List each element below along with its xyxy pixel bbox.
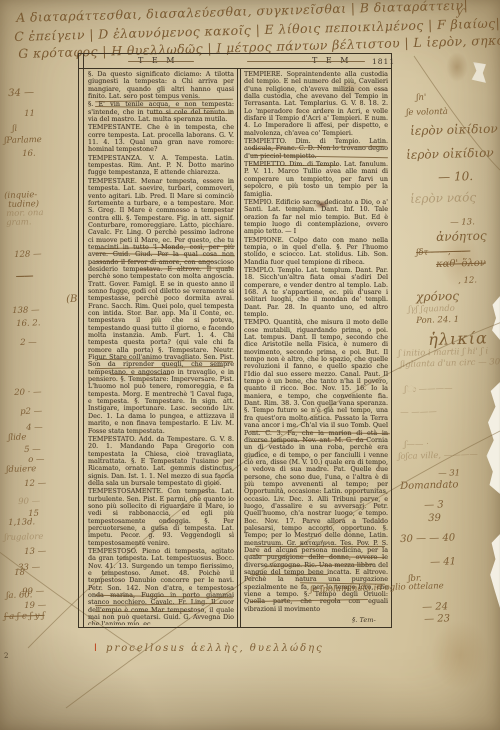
dictionary-entry: TEMPESTOSAMENTE. Con tempesta. Lat. turb… [88,488,234,547]
margin-annotation: 128 — [14,249,42,260]
margin-annotation: 2 — [20,338,37,348]
ink-strikethrough [110,374,170,375]
margin-annotation: ʃδτ ——, —— [416,246,470,258]
left-margin-annotations: 34 —11ʃiʃParlame16.(inquie-tudine)mor. o… [0,0,80,730]
margin-annotation: — ——— [400,407,437,418]
ink-strikethrough [95,611,193,612]
margin-annotation: ʃ—— · [404,439,429,450]
margin-annotation: ʃduiere [6,464,36,475]
margin-annotation: ʃು ———— [404,384,453,395]
frame-rule-left-inner [83,53,84,628]
margin-annotation: χρόνος [416,289,459,304]
margin-annotation: 4 — [26,423,43,433]
margin-annotation: ʃ a ʃ e ʃ y ʃ [4,611,45,622]
margin-annotation: 138 — [12,305,40,316]
margin-annotation: ἱερὸν ναός [410,190,476,206]
margin-annotation: gram. [6,217,32,228]
margin-annotation: ʃi [12,124,17,134]
manuscript-page: A διαταράττεσθαι, διασαλεύεσθαι, συγκινε… [0,0,500,730]
ink-strikethrough [250,165,338,166]
dictionary-entry: §. Da questo significato diciamo: A tilo… [88,71,234,100]
margin-annotation: 16. [22,149,36,159]
margin-annotation: — 24 [422,601,448,613]
margin-annotation: 5 — [24,445,41,455]
margin-annotation: ʃγʃ ʃquando [408,304,455,315]
margin-annotation: — 31 [438,468,460,479]
margin-annotation: ʃlide [8,432,26,443]
dictionary-entry: TEMPIO. Edificio sacro, dedicato a Dio, … [244,199,388,236]
margin-annotation: 99 — [22,586,44,597]
folio-number: 1811 [372,57,395,66]
margin-annotation: 18 [14,568,25,578]
margin-annotation: , 12. [458,275,477,286]
margin-annotation: ἱερὸν οἰκίδιον [406,146,494,162]
margin-annotation: ʃiglianta d'un circ — 30 [400,357,500,370]
margin-annotation: 1,13d. [8,517,35,528]
dictionary-entry: TEMPO. Quantità, che misura il moto dell… [244,319,388,613]
margin-annotation: ἀνόητος [436,229,487,244]
catchword: §. Tem- [352,616,376,624]
column-divider-outer [237,68,238,628]
margin-annotation: 20 · — [14,387,42,398]
margin-annotation: 11 [24,109,35,119]
margin-annotation: 16. 2. [16,318,41,329]
margin-annotation: —— [16,272,33,282]
frame-rule-top [78,53,392,54]
dictionary-entry: TEMPESTANTE. Che è in tempesta, che corr… [88,124,234,153]
dictionary-entry: TEMPIONE. Colpo dato con mano nella temp… [244,237,388,266]
dictionary-entry: TEMPESTATO. Add. da Tempestare. G. V. 8.… [88,436,234,487]
margin-annotation: ƴ [456,4,465,18]
printed-column-left: §. Da questo significato diciamo: A tilo… [88,71,234,625]
frame-rule-bottom [78,627,392,628]
bottom-annotation-text: procellosus ἀελλὴς, θυελλώδης [106,643,324,654]
margin-annotation: καθ' ὅλον [436,258,486,270]
margin-annotation: — 13. [450,217,475,228]
margin-annotation: — 10. [438,169,473,184]
dictionary-entry: TEMPESTARE. Menar tempesta, essere in te… [88,178,234,435]
margin-annotation: — 23 [424,613,450,625]
margin-annotation: ʃrugalore [4,532,44,543]
margin-annotation: 19 — [24,600,46,611]
margin-annotation: 30 — — 40 [400,532,455,545]
margin-annotation: ʃoʃca ville, ———— [398,450,478,462]
frame-rule-right [391,53,392,628]
dictionary-entry: TEMPIETTO. Dim. di Templo. Lat. fanulum.… [244,161,388,198]
margin-annotation: (B [66,294,78,305]
ink-strikethrough [255,546,385,547]
column-divider-inner [240,68,241,628]
margin-annotation: ʃn' [416,93,426,103]
margin-annotation: — 3 [424,499,444,511]
margin-annotation: ʃParlame [4,135,42,146]
margin-annotation: Pon. 24. 1 [416,315,459,326]
margin-annotation: 90 — [18,496,40,507]
ink-strikethrough [247,61,365,62]
ink-strikethrough [250,574,328,575]
margin-annotation: 12 — [24,478,46,489]
dictionary-entry: TEMPESTANZA. V. A. Tempesta. Latin. temp… [88,155,234,177]
ink-strikethrough [95,261,213,262]
margin-annotation: 13 — [24,546,46,557]
margin-annotation: 34 — [8,87,34,99]
dictionary-entry: TEMPIERE. Sopraintendente alla custodia … [244,71,388,137]
dictionary-entry: TEMPLO. Templo. Lat. templum. Dant. Par.… [244,267,388,318]
right-margin-annotations: ƴʃn'ʃe volontàἱερὸν οἰκίδιονἱερὸν οἰκίδι… [398,0,500,730]
ink-strikethrough [128,61,194,62]
frame-rule-header [78,68,392,69]
margin-annotation: ἱερὸν οἰκίδιον [410,122,498,138]
bottom-annotation: ǀ procellosus ἀελλὴς, θυελλώδης [94,636,324,655]
dictionary-entry: TEMPESTOSO. Pieno di tempesta, agitato d… [88,548,234,625]
margin-annotation: 39 [428,513,441,524]
margin-annotation: p2 — [20,406,42,417]
margin-annotation: Domandato [400,479,459,492]
margin-annotation: ʃe volontà [406,107,448,118]
margin-annotation: — 41 [430,556,456,568]
red-marker: ǀ [94,643,97,654]
ink-strikethrough [150,113,232,114]
